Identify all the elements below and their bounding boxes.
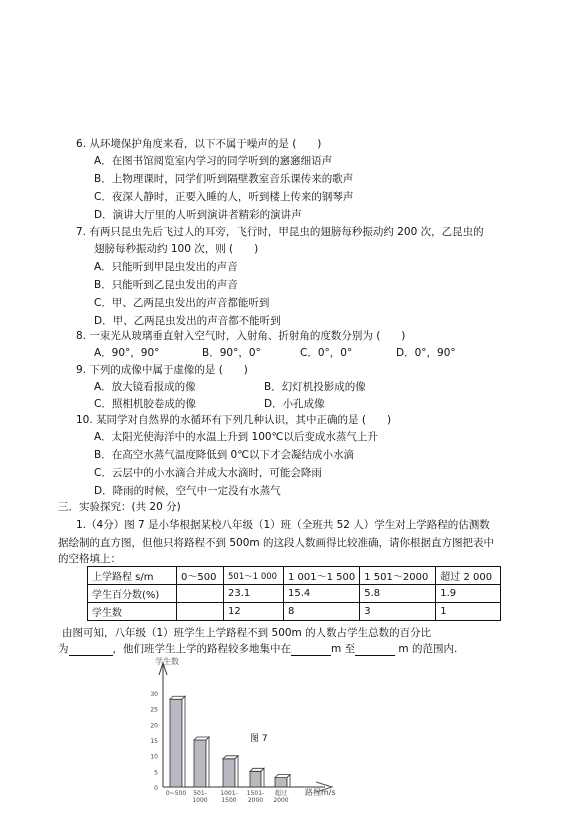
- svg-text:超过: 超过: [275, 789, 287, 797]
- followup-fill-line: 为，他们班学生上学的路程较多地集中在m 至 m 的范围内.: [58, 642, 457, 656]
- svg-text:15: 15: [150, 738, 158, 745]
- svg-text:25: 25: [150, 707, 158, 714]
- svg-text:2000: 2000: [273, 797, 288, 804]
- table-row: 学生百分数(%) 23.1 15.4 5.8 1.9: [88, 585, 501, 603]
- table-cell: 1.9: [436, 585, 501, 603]
- table-cell: 12: [224, 603, 284, 621]
- question-8: 8. 一束光从玻璃垂直射入空气时，入射角、折射角的度数分别为 ( ): [76, 329, 405, 343]
- table-cell: 学生数: [88, 603, 177, 621]
- question-9: 9. 下列的成像中属于虚像的是 ( ): [76, 363, 248, 377]
- question-number: 7.: [76, 226, 86, 238]
- chart-svg: 学生数路程m/s0510152025300~500501-10001001-15…: [140, 655, 360, 819]
- table-cell: 1 501～2000: [360, 567, 436, 585]
- question-stem: 一束光从玻璃垂直射入空气时，入射角、折射角的度数分别为 ( ): [89, 330, 405, 342]
- answer-blank-percentage[interactable]: [69, 644, 113, 656]
- option-a: A．放大镜看报成的像: [94, 380, 196, 394]
- followup-text: 由图可知，八年级（1）班学生上学路程不到 500m 的人数占学生总数的百分比: [62, 626, 431, 640]
- option-b: B．在高空水蒸气温度降低到 0℃以下才会凝结成小水滴: [94, 448, 354, 462]
- svg-text:501-: 501-: [193, 790, 207, 797]
- option-a: A．太阳光使海洋中的水温上升到 100℃以后变成水蒸气上升: [94, 430, 378, 444]
- option-c: C．夜深人静时，正要入睡的人，听到楼上传来的钢琴声: [94, 190, 353, 204]
- option-b: B．只能听到乙昆虫发出的声音: [94, 278, 238, 292]
- answer-blank-range-end[interactable]: [355, 644, 395, 656]
- table-cell-blank[interactable]: [177, 603, 224, 621]
- svg-text:1001-: 1001-: [220, 790, 237, 797]
- option-a: A．90°，90°: [94, 346, 159, 360]
- option-c: C．云层中的小水滴合并成大水滴时，可能会降雨: [94, 466, 322, 480]
- svg-text:学生数: 学生数: [155, 656, 179, 666]
- question-number: 10.: [76, 414, 93, 426]
- svg-text:5: 5: [154, 769, 158, 776]
- option-d: D．降雨的时候，空气中一定没有水蒸气: [94, 484, 281, 498]
- option-c: C．0°，0°: [300, 346, 352, 360]
- table-cell: 5.8: [360, 585, 436, 603]
- question-stem-continued: 翅膀每秒振动约 100 次，则 ( ): [94, 242, 258, 256]
- table-cell: 上学路程 s/m: [88, 567, 177, 585]
- option-a: A．只能听到甲昆虫发出的声音: [94, 260, 238, 274]
- svg-text:30: 30: [150, 691, 158, 698]
- table-cell-blank[interactable]: [177, 585, 224, 603]
- table-cell: 超过 2 000: [436, 567, 501, 585]
- followup-text: m 至: [331, 643, 355, 655]
- question-stem: 下列的成像中属于虚像的是 ( ): [89, 364, 248, 376]
- question-stem: 从环境保护角度来看，以下不属于噪声的是 ( ): [89, 138, 321, 150]
- svg-text:1501-: 1501-: [247, 790, 264, 797]
- table-row: 学生数 12 8 3 1: [88, 603, 501, 621]
- question-number: 9.: [76, 364, 86, 376]
- question-6: 6. 从环境保护角度来看，以下不属于噪声的是 ( ): [76, 137, 321, 151]
- option-b: B．90°，0°: [202, 346, 261, 360]
- problem-text: 1.（4分）图 7 是小华根据某校八年级（1）班（全班共 52 人）学生对上学路…: [76, 518, 490, 532]
- table-cell: 学生百分数(%): [88, 585, 177, 603]
- data-table: 上学路程 s/m 0～500 501～1 000 1 001～1 500 1 5…: [87, 566, 501, 621]
- question-stem: 有两只昆虫先后飞过人的耳旁，飞行时，甲昆虫的翅膀每秒振动约 200 次，乙昆虫的: [89, 226, 483, 238]
- table-cell: 8: [284, 603, 360, 621]
- table-cell: 15.4: [284, 585, 360, 603]
- option-c: C．甲、乙两昆虫发出的声音都能听到: [94, 296, 269, 310]
- table-cell: 1: [436, 603, 501, 621]
- option-b: B．上物理课时，同学们听到隔壁教室音乐课传来的歌声: [94, 172, 353, 186]
- svg-text:1000: 1000: [192, 797, 207, 804]
- option-d: D．演讲大厅里的人听到演讲者精彩的演讲声: [94, 208, 302, 222]
- table-cell: 1 001～1 500: [284, 567, 360, 585]
- histogram-chart: 学生数路程m/s0510152025300~500501-10001001-15…: [140, 655, 360, 819]
- followup-text: ，他们班学生上学的路程较多地集中在: [113, 643, 292, 655]
- svg-text:1500: 1500: [221, 797, 236, 804]
- option-d: D．小孔成像: [264, 397, 325, 411]
- svg-text:0: 0: [154, 785, 158, 792]
- problem-text: 据绘制的直方图，但他只将路程不到 500m 的这段人数画得比较准确，请你根据直方…: [58, 536, 494, 550]
- svg-text:0~500: 0~500: [166, 790, 186, 797]
- question-number: 8.: [76, 330, 86, 342]
- table-cell: 501～1 000: [224, 567, 284, 585]
- table-cell: 0～500: [177, 567, 224, 585]
- option-a: A．在图书馆阅览室内学习的同学听到的窸窸细语声: [94, 154, 332, 168]
- followup-text: m 的范围内.: [395, 643, 457, 655]
- svg-text:20: 20: [150, 722, 158, 729]
- question-stem: 某同学对自然界的水循环有下列几种认识，其中正确的是 ( ): [96, 414, 391, 426]
- question-10: 10. 某同学对自然界的水循环有下列几种认识，其中正确的是 ( ): [76, 413, 391, 427]
- option-d: D．甲、乙两昆虫发出的声音都不能听到: [94, 314, 281, 328]
- table-cell: 23.1: [224, 585, 284, 603]
- svg-text:图 7: 图 7: [250, 733, 268, 744]
- problem-text: 的空格填上：: [58, 552, 121, 566]
- option-d: D．0°，90°: [396, 346, 456, 360]
- table-cell: 3: [360, 603, 436, 621]
- option-c: C．照相机胶卷成的像: [94, 397, 196, 411]
- question-number: 6.: [76, 138, 86, 150]
- question-7: 7. 有两只昆虫先后飞过人的耳旁，飞行时，甲昆虫的翅膀每秒振动约 200 次，乙…: [76, 225, 484, 239]
- option-b: B．幻灯机投影成的像: [264, 380, 366, 394]
- svg-text:10: 10: [150, 754, 158, 761]
- svg-text:路程m/s: 路程m/s: [305, 787, 336, 797]
- section-title: 三．实验探究：(共 20 分): [58, 500, 181, 514]
- svg-text:2000: 2000: [248, 797, 263, 804]
- table-header-row: 上学路程 s/m 0～500 501～1 000 1 001～1 500 1 5…: [88, 567, 501, 585]
- followup-text: 为: [58, 643, 69, 655]
